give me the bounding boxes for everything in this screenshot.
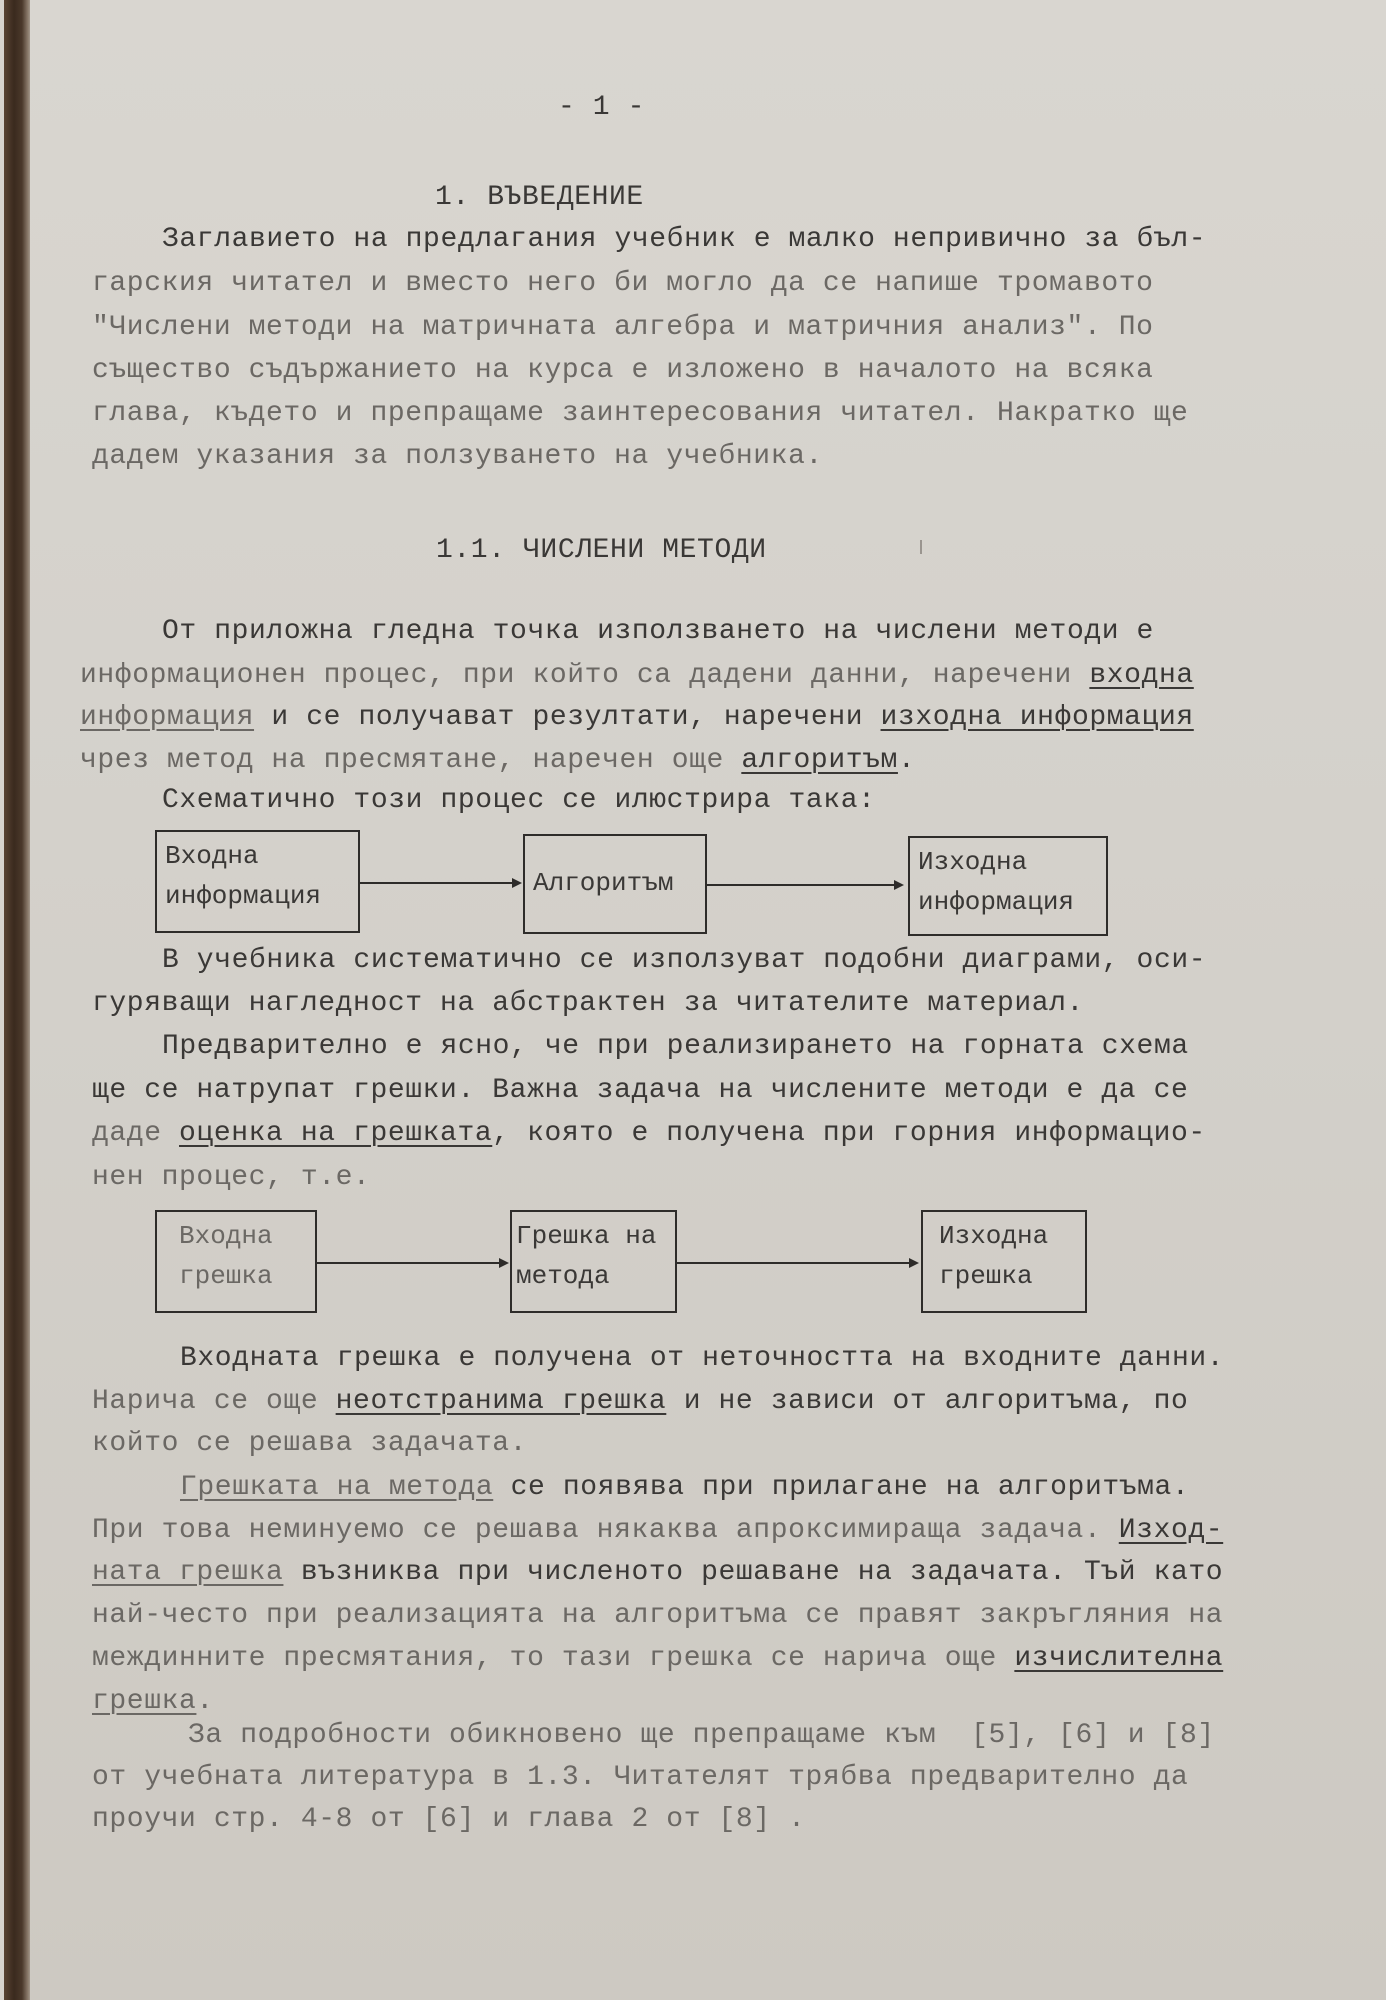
diagram-box-input-information: Входна информация <box>155 830 360 933</box>
text-line: Схематично този процес се илюстрира така… <box>162 785 876 816</box>
book-spine <box>0 0 30 2000</box>
text-span: възниква при численото решаване на задач… <box>283 1557 1223 1588</box>
diagram-box-output-error: Изходна грешка <box>921 1210 1087 1313</box>
text-span: Нарича се още <box>92 1386 336 1417</box>
diagram-box-input-error: Входна грешка <box>155 1210 317 1313</box>
text-span: При това неминуемо се решава някаква апр… <box>92 1515 1119 1546</box>
text-span: чрез метод на пресмятане, наречен още <box>80 745 741 776</box>
text-line: гарския читател и вместо него би могло д… <box>92 268 1154 299</box>
text-line: най-често при реализацията на алгоритъма… <box>92 1600 1223 1631</box>
text-line: нен процес, т.е. <box>92 1162 370 1193</box>
text-line: От приложна гледна точка използването на… <box>162 616 1154 647</box>
term-computational-error: грешка <box>92 1686 196 1717</box>
term-computational-error: изчислителна <box>1014 1643 1223 1674</box>
text-line: Нарича се още неотстранима грешка и не з… <box>92 1386 1188 1417</box>
text-line: За подробности обикновено ще препращаме … <box>188 1720 1215 1751</box>
text-line: Входната грешка е получена от неточностт… <box>180 1343 1224 1374</box>
diagram-box-method-error: Грешка на метода <box>510 1210 677 1313</box>
text-line: от учебната литература в 1.3. Читателят … <box>92 1762 1188 1793</box>
term-output-error: ната грешка <box>92 1557 283 1588</box>
term-irremovable-error: неотстранима грешка <box>336 1386 667 1417</box>
text-line: информационен процес, при който са даден… <box>80 660 1194 691</box>
diagram-box-output-information: Изходна информация <box>908 836 1108 936</box>
text-span: и не зависи от алгоритъма, по <box>666 1386 1188 1417</box>
text-span: , която е получена при горния информацио… <box>492 1118 1206 1149</box>
text-line: ната грешка възниква при численото решав… <box>92 1557 1223 1588</box>
term-error-estimate: оценка на грешката <box>179 1118 492 1149</box>
text-line: ще се натрупат грешки. Важна задача на ч… <box>92 1075 1188 1106</box>
term-output-error: Изход- <box>1119 1515 1223 1546</box>
text-span: даде <box>92 1118 179 1149</box>
text-line: който се решава задачата. <box>92 1428 527 1459</box>
text-line: При това неминуемо се решава някаква апр… <box>92 1515 1223 1546</box>
text-line: грешка. <box>92 1686 214 1717</box>
section-heading-numerical-methods: 1.1. ЧИСЛЕНИ МЕТОДИ <box>436 535 767 566</box>
text-line: Грешката на метода се появява при прилаг… <box>180 1472 1189 1503</box>
text-line: Предварително е ясно, че при реализиране… <box>162 1031 1189 1062</box>
text-span: се появява при прилагане на алгоритъма. <box>493 1472 1189 1503</box>
text-line: даде оценка на грешката, която е получен… <box>92 1118 1206 1149</box>
text-span: и се получават резултати, наречени <box>254 702 881 733</box>
arrow-icon <box>677 1262 917 1264</box>
text-span: информационен процес, при който са даден… <box>80 660 1089 691</box>
term-method-error: Грешката на метода <box>180 1472 493 1503</box>
paper-mark <box>920 540 922 554</box>
term-input-information: информация <box>80 702 254 733</box>
section-heading-introduction: 1. ВЪВЕДЕНИЕ <box>435 182 644 213</box>
term-input-information: входна <box>1089 660 1193 691</box>
page-number: - 1 - <box>558 92 645 123</box>
text-span: . <box>898 745 915 776</box>
text-line: глава, където и препращаме заинтересован… <box>92 398 1188 429</box>
arrow-icon <box>707 884 902 886</box>
text-line: същество съдържанието на курса е изложен… <box>92 355 1154 386</box>
term-algorithm: алгоритъм <box>741 745 898 776</box>
document-page: - 1 - 1. ВЪВЕДЕНИЕ Заглавието на предлаг… <box>30 0 1386 2000</box>
text-line: междинните пресмятания, то тази грешка с… <box>92 1643 1223 1674</box>
arrow-icon <box>317 1262 507 1264</box>
arrow-icon <box>360 882 520 884</box>
diagram-box-algorithm: Алгоритъм <box>523 834 707 934</box>
text-span: междинните пресмятания, то тази грешка с… <box>92 1643 1014 1674</box>
term-output-information: изходна информация <box>881 702 1194 733</box>
text-line: гуряващи нагледност на абстрактен за чит… <box>92 988 1084 1019</box>
text-line: чрез метод на пресмятане, наречен още ал… <box>80 745 915 776</box>
text-line: информация и се получават резултати, нар… <box>80 702 1194 733</box>
text-line: дадем указания за ползуването на учебник… <box>92 441 823 472</box>
text-line: "Числени методи на матричната алгебра и … <box>92 312 1154 343</box>
text-span: . <box>196 1686 213 1717</box>
text-line: проучи стр. 4-8 от [6] и глава 2 от [8] … <box>92 1804 806 1835</box>
text-line: В учебника систематично се използуват по… <box>162 945 1206 976</box>
text-line: Заглавието на предлагания учебник е малк… <box>162 224 1206 255</box>
